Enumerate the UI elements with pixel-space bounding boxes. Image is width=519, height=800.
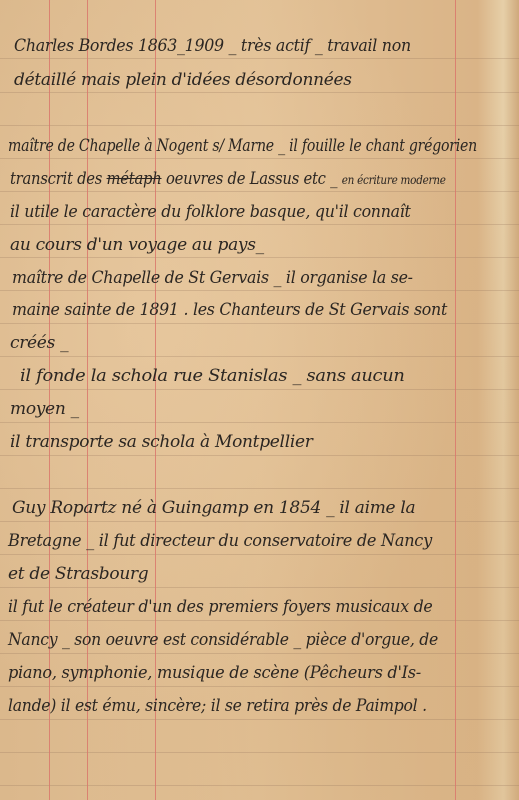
rule-line (0, 224, 519, 225)
text-line: il fut le créateur d'un des premiers foy… (8, 597, 433, 617)
rule-line (0, 58, 519, 59)
rule-line (0, 719, 519, 720)
text-line: créés _ (10, 333, 68, 353)
rule-line (0, 191, 519, 192)
rule-line (0, 752, 519, 753)
text-line: et de Strasbourg (8, 564, 148, 584)
rule-line (0, 488, 519, 489)
text-line: lande) il est ému, sincère; il se retira… (8, 696, 427, 716)
rule-line (0, 158, 519, 159)
rule-line (0, 521, 519, 522)
rule-line (0, 290, 519, 291)
rule-line (0, 422, 519, 423)
rule-line (0, 92, 519, 93)
rule-line (0, 323, 519, 324)
text-line: il utile le caractère du folklore basque… (10, 202, 411, 222)
insertion-note: en écriture moderne (342, 173, 446, 187)
text-line: moyen _ (10, 399, 79, 419)
rule-line (0, 587, 519, 588)
margin-line (455, 0, 456, 800)
text-line: maître de Chapelle à Nogent s/ Marne _ i… (8, 136, 477, 156)
text-line: Charles Bordes 1863_1909 _ très actif _ … (14, 36, 411, 56)
rule-line (0, 389, 519, 390)
text-line: Nancy _ son oeuvre est considérable _ pi… (8, 630, 438, 650)
text-line: il transporte sa schola à Montpellier (10, 432, 313, 452)
rule-line (0, 125, 519, 126)
text-line: maître de Chapelle de St Gervais _ il or… (12, 268, 413, 288)
crossed-out-word: métaph (107, 169, 162, 189)
rule-line (0, 620, 519, 621)
rule-line (0, 356, 519, 357)
text-line: piano, symphonie, musique de scène (Pêch… (8, 663, 421, 683)
text-line: maine sainte de 1891 . les Chanteurs de … (12, 300, 447, 320)
notebook-page: Charles Bordes 1863_1909 _ très actif _ … (0, 0, 519, 800)
rule-line (0, 785, 519, 786)
rule-line (0, 455, 519, 456)
rule-line (0, 686, 519, 687)
text-line: il fonde la schola rue Stanislas _ sans … (20, 366, 405, 386)
text-line: transcrit des métaph oeuvres de Lassus e… (10, 169, 446, 189)
rule-line (0, 257, 519, 258)
rule-line (0, 554, 519, 555)
text-line: Bretagne _ il fut directeur du conservat… (8, 531, 432, 551)
text-line: détaillé mais plein d'idées désordonnées (14, 70, 352, 90)
text-span: transcrit des (10, 169, 107, 189)
text-line: au cours d'un voyage au pays_ (10, 235, 264, 255)
rule-line (0, 653, 519, 654)
text-span: oeuvres de Lassus etc _ (162, 169, 342, 189)
text-line: Guy Ropartz né à Guingamp en 1854 _ il a… (12, 498, 415, 518)
